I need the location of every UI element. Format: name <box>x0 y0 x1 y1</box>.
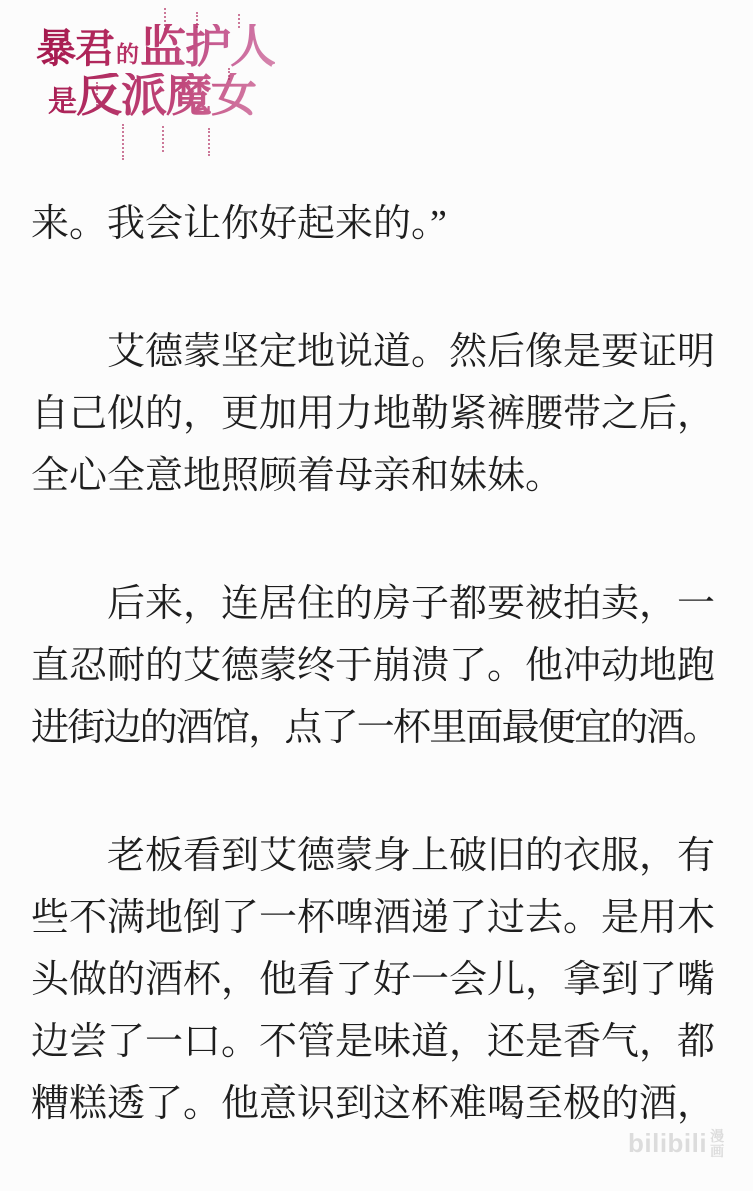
text-line: 边尝了一口。不管是味道，还是香气，都 <box>31 1011 722 1073</box>
series-title-logo: 暴君 的 监护人 是 反派魔女 <box>36 24 275 119</box>
dotted-line-ornament <box>196 12 198 28</box>
dotted-line-ornament <box>238 14 240 28</box>
series-title-line1-part2: 的 <box>114 43 140 66</box>
paragraph: 艾德蒙坚定地说道。然后像是要证明 自己似的，更加用力地勒紧裤腰带之后， 全心全意… <box>31 321 722 507</box>
text-line: 来。我会让你好起来的。” <box>31 193 722 255</box>
text-line: 全心全意地照顾着母亲和妹妹。 <box>31 445 722 507</box>
text-line: 自己似的，更加用力地勒紧裤腰带之后， <box>31 383 722 445</box>
novel-text-block: 来。我会让你好起来的。” 艾德蒙坚定地说道。然后像是要证明 自己似的，更加用力地… <box>31 0 722 1135</box>
series-title-line2-part1: 是 <box>48 88 76 117</box>
dotted-line-ornament <box>162 126 164 152</box>
text-line: 糟糕透了。他意识到这杯难喝至极的酒， <box>31 1073 722 1135</box>
text-line: 进街边的酒馆，点了一杯里面最便宜的酒。 <box>31 697 722 759</box>
text-line: 头做的酒杯，他看了好一会儿，拿到了嘴 <box>31 949 722 1011</box>
paragraph: 后来，连居住的房子都要被拍卖，一 直忍耐的艾德蒙终于崩溃了。他冲动地跑 进街边的… <box>31 573 722 759</box>
series-title-line1-part3: 监护人 <box>140 24 275 70</box>
dotted-line-ornament <box>228 68 230 80</box>
paragraph: 来。我会让你好起来的。” <box>31 193 722 255</box>
manga-suffix-bottom: 画 <box>710 1144 724 1159</box>
dotted-line-ornament <box>96 82 98 106</box>
text-line: 老板看到艾德蒙身上破旧的衣服，有 <box>31 825 722 887</box>
manga-suffix-top: 漫 <box>710 1129 724 1144</box>
series-title-line2: 是 反派魔女 <box>48 73 275 119</box>
text-line: 艾德蒙坚定地说道。然后像是要证明 <box>31 321 722 383</box>
manga-text-page: { "logo": { "line1_part1": "暴君", "line1_… <box>0 0 753 1191</box>
text-line: 些不满地倒了一杯啤酒递了过去。是用木 <box>31 887 722 949</box>
dotted-line-ornament <box>208 128 210 156</box>
series-title-line1: 暴君 的 监护人 <box>36 24 275 70</box>
dotted-line-ornament <box>164 8 166 30</box>
manga-suffix: 漫 画 <box>710 1129 724 1159</box>
dotted-line-ornament <box>122 124 124 160</box>
series-title-line1-part1: 暴君 <box>36 29 114 69</box>
text-line: 后来，连居住的房子都要被拍卖，一 <box>31 573 722 635</box>
paragraph: 老板看到艾德蒙身上破旧的衣服，有 些不满地倒了一杯啤酒递了过去。是用木 头做的酒… <box>31 825 722 1135</box>
text-line: 直忍耐的艾德蒙终于崩溃了。他冲动地跑 <box>31 635 722 697</box>
bilibili-wordmark: bilibili <box>628 1128 707 1159</box>
bilibili-manga-watermark: bilibili 漫 画 <box>628 1128 724 1159</box>
